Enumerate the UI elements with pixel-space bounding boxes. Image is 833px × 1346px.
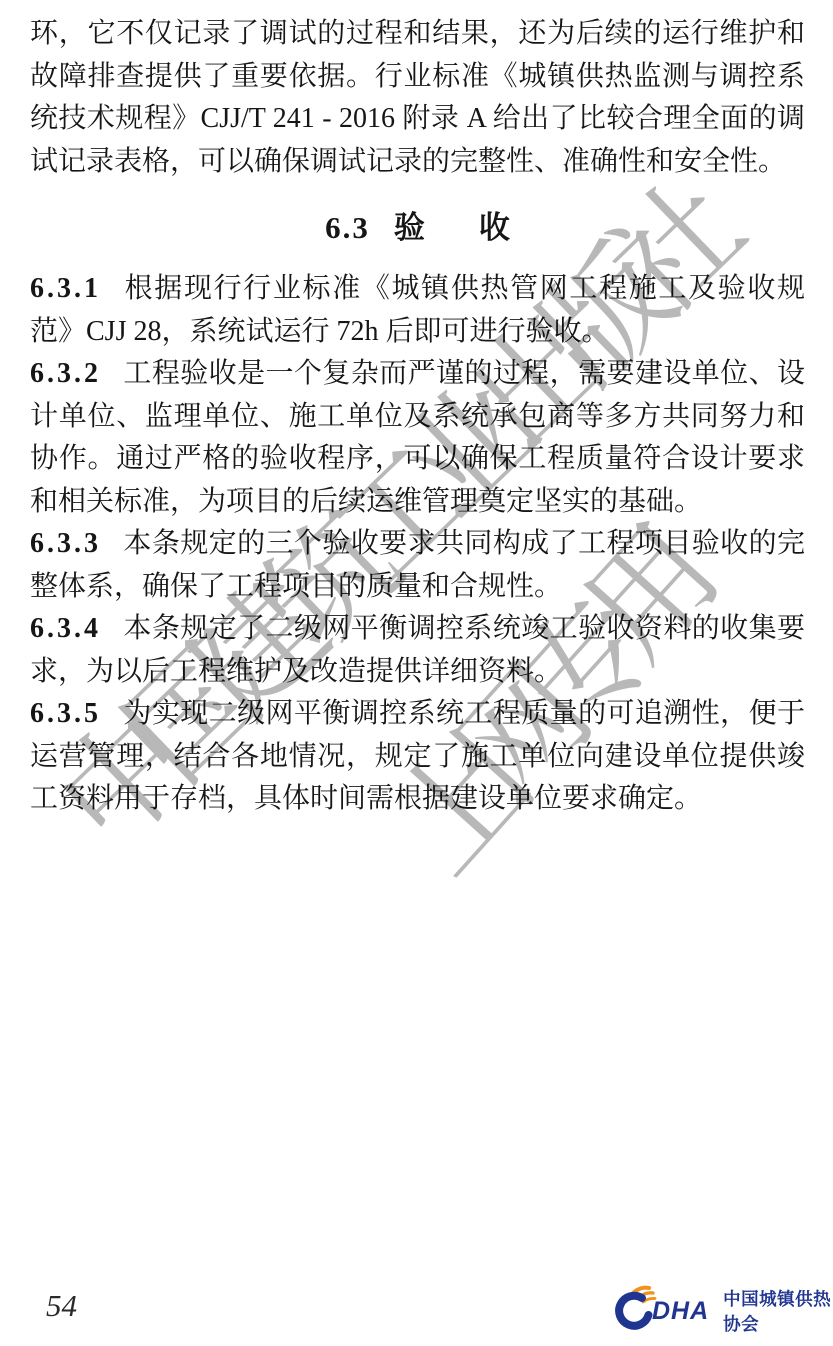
clause-number: 6.3.1 — [30, 273, 101, 304]
logo-abbr: DHA — [652, 1297, 709, 1326]
clause-text: 根据现行行业标准《城镇供热管网工程施工及验收规范》CJJ 28，系统试运行 72… — [30, 273, 805, 347]
section-heading-word2: 收 — [479, 210, 510, 245]
association-logo: DHA 中国城镇供热协会 — [608, 1284, 833, 1332]
clause-text: 本条规定了二级网平衡调控系统竣工验收资料的收集要求，为以后工程维护及改造提供详细… — [30, 613, 805, 687]
dha-logo-icon — [608, 1285, 658, 1331]
page-content: 环，它不仅记录了调试的过程和结果，还为后续的运行维护和故障排查提供了重要依据。行… — [30, 13, 805, 821]
clause-6-3-4: 6.3.4本条规定了二级网平衡调控系统竣工验收资料的收集要求，为以后工程维护及改… — [30, 608, 805, 693]
intro-paragraph: 环，它不仅记录了调试的过程和结果，还为后续的运行维护和故障排查提供了重要依据。行… — [30, 13, 805, 183]
section-heading-word1: 验 — [394, 210, 425, 245]
clause-number: 6.3.4 — [30, 613, 101, 644]
clause-6-3-5: 6.3.5为实现二级网平衡调控系统工程质量的可追溯性，便于运营管理，结合各地情况… — [30, 693, 805, 821]
clause-text: 工程验收是一个复杂而严谨的过程，需要建设单位、设计单位、监理单位、施工单位及系统… — [30, 358, 805, 517]
section-heading: 6.3验收 — [30, 212, 805, 243]
clause-6-3-3: 6.3.3本条规定的三个验收要求共同构成了工程项目验收的完整体系，确保了工程项目… — [30, 523, 805, 608]
clause-6-3-2: 6.3.2工程验收是一个复杂而严谨的过程，需要建设单位、设计单位、监理单位、施工… — [30, 353, 805, 523]
section-heading-number: 6.3 — [325, 210, 370, 245]
clause-text: 本条规定的三个验收要求共同构成了工程项目验收的完整体系，确保了工程项目的质量和合… — [30, 528, 805, 602]
page-number: 54 — [46, 1288, 77, 1324]
clause-text: 为实现二级网平衡调控系统工程质量的可追溯性，便于运营管理，结合各地情况，规定了施… — [30, 698, 805, 814]
document-page: 环，它不仅记录了调试的过程和结果，还为后续的运行维护和故障排查提供了重要依据。行… — [0, 0, 833, 1346]
clause-number: 6.3.2 — [30, 358, 101, 389]
clause-6-3-1: 6.3.1根据现行行业标准《城镇供热管网工程施工及验收规范》CJJ 28，系统试… — [30, 268, 805, 353]
clause-number: 6.3.3 — [30, 528, 101, 559]
logo-name: 中国城镇供热协会 — [723, 1286, 833, 1336]
clause-number: 6.3.5 — [30, 698, 101, 729]
